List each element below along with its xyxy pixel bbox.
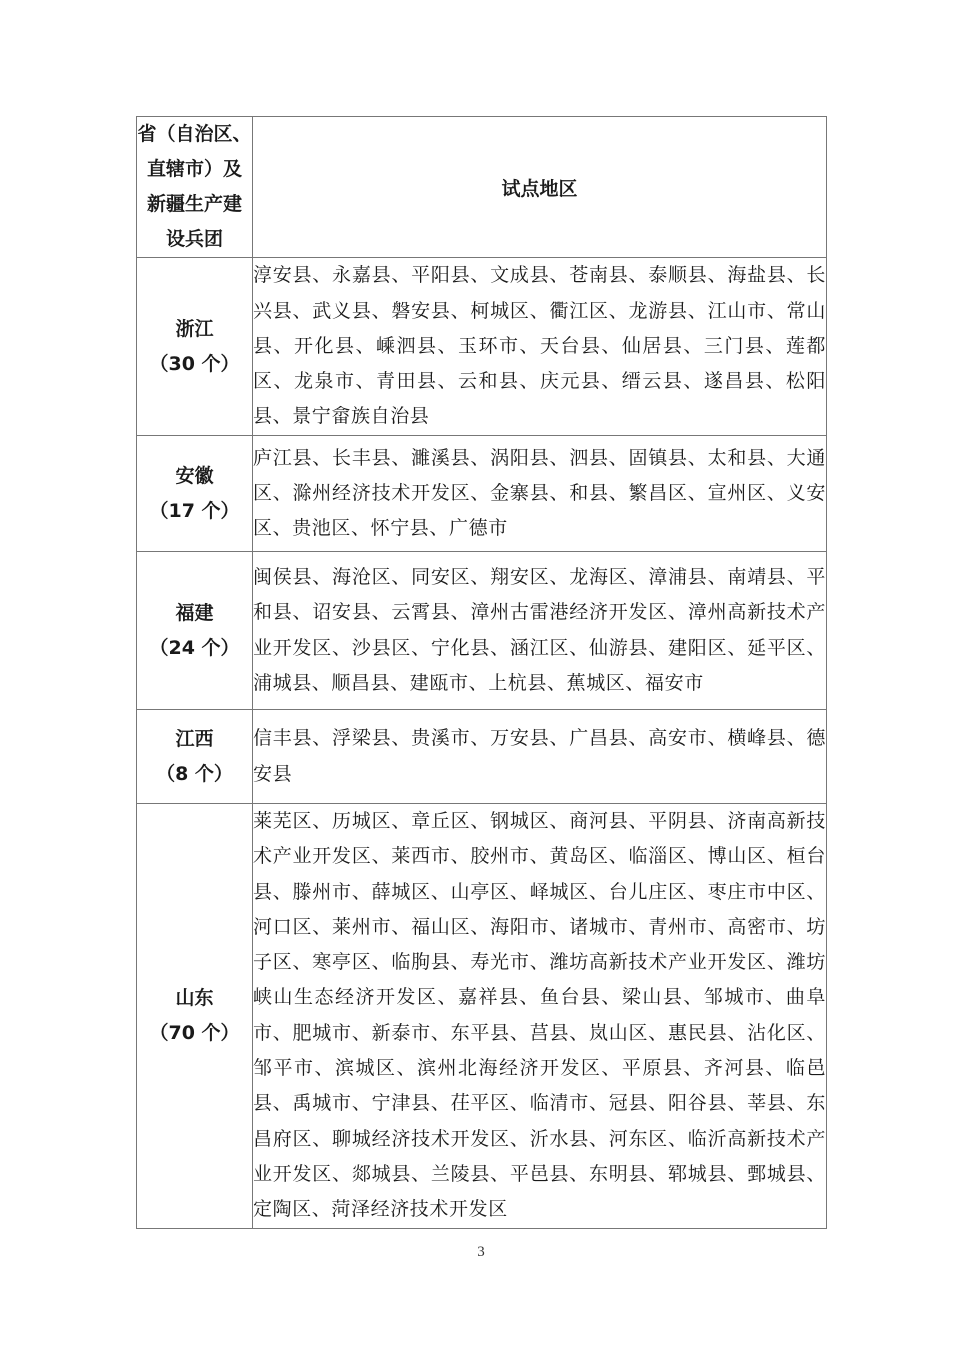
province-count: （70 个） (137, 1016, 252, 1051)
areas-cell: 莱芜区、历城区、章丘区、钢城区、商河县、平阴县、济南高新技术产业开发区、莱西市、… (253, 804, 827, 1229)
province-name: 安徽 (137, 459, 252, 494)
header-province-line: 设兵团 (137, 222, 252, 257)
areas-cell: 信丰县、浮梁县、贵溪市、万安县、广昌县、高安市、横峰县、德安县 (253, 710, 827, 804)
document-page: 省（自治区、 直辖市）及 新疆生产建 设兵团 试点地区 浙江 （30 个） 淳安… (0, 0, 962, 1360)
table-header-row: 省（自治区、 直辖市）及 新疆生产建 设兵团 试点地区 (137, 117, 827, 258)
province-name: 山东 (137, 981, 252, 1016)
province-count: （17 个） (137, 494, 252, 529)
province-count: （30 个） (137, 347, 252, 382)
header-province-line: 直辖市）及 (137, 152, 252, 187)
header-province-line: 省（自治区、 (137, 117, 252, 152)
page-number: 3 (0, 1244, 962, 1261)
table-row-jiangxi: 江西 （8 个） 信丰县、浮梁县、贵溪市、万安县、广昌县、高安市、横峰县、德安县 (137, 710, 827, 804)
table-row-shandong: 山东 （70 个） 莱芜区、历城区、章丘区、钢城区、商河县、平阴县、济南高新技术… (137, 804, 827, 1229)
province-cell: 浙江 （30 个） (137, 258, 253, 436)
province-count: （24 个） (137, 631, 252, 666)
province-name: 浙江 (137, 312, 252, 347)
province-cell: 安徽 （17 个） (137, 436, 253, 552)
header-province-cell: 省（自治区、 直辖市）及 新疆生产建 设兵团 (137, 117, 253, 258)
province-count: （8 个） (137, 757, 252, 792)
areas-cell: 淳安县、永嘉县、平阳县、文成县、苍南县、泰顺县、海盐县、长兴县、武义县、磐安县、… (253, 258, 827, 436)
province-name: 江西 (137, 722, 252, 757)
header-province-line: 新疆生产建 (137, 187, 252, 222)
province-cell: 山东 （70 个） (137, 804, 253, 1229)
header-pilot-areas-cell: 试点地区 (253, 117, 827, 258)
table-row-anhui: 安徽 （17 个） 庐江县、长丰县、濉溪县、涡阳县、泗县、固镇县、太和县、大通区… (137, 436, 827, 552)
province-cell: 福建 （24 个） (137, 552, 253, 710)
areas-cell: 闽侯县、海沧区、同安区、翔安区、龙海区、漳浦县、南靖县、平和县、诏安县、云霄县、… (253, 552, 827, 710)
province-cell: 江西 （8 个） (137, 710, 253, 804)
pilot-areas-table: 省（自治区、 直辖市）及 新疆生产建 设兵团 试点地区 浙江 （30 个） 淳安… (136, 116, 827, 1229)
areas-cell: 庐江县、长丰县、濉溪县、涡阳县、泗县、固镇县、太和县、大通区、滁州经济技术开发区… (253, 436, 827, 552)
table-row-zhejiang: 浙江 （30 个） 淳安县、永嘉县、平阳县、文成县、苍南县、泰顺县、海盐县、长兴… (137, 258, 827, 436)
table-row-fujian: 福建 （24 个） 闽侯县、海沧区、同安区、翔安区、龙海区、漳浦县、南靖县、平和… (137, 552, 827, 710)
province-name: 福建 (137, 596, 252, 631)
